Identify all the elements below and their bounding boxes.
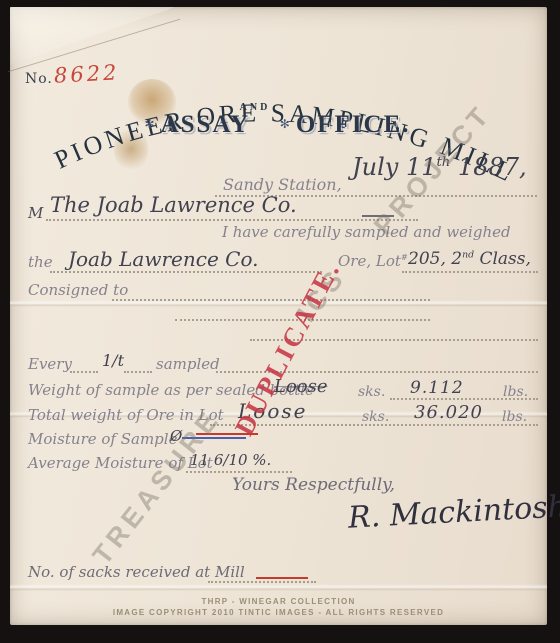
fold-crease [10, 300, 547, 307]
scanned-document-page: No. 8622 PIONEER ORE SAMPLING MILL AND ✻… [0, 0, 560, 643]
lot-value-handwritten: 205, 2nd Class, [408, 249, 531, 269]
every-label: Every [28, 355, 72, 373]
every-value-handwritten: 1/t [102, 351, 124, 370]
company-rule [50, 271, 322, 273]
lot-rule [402, 271, 538, 273]
lbs-label: lbs. [503, 384, 528, 400]
collection-credit-line: THRP - WINEGAR COLLECTION [10, 597, 547, 606]
every-rule [70, 371, 98, 373]
sks-label: sks. [362, 409, 389, 425]
closing-line: Yours Respectfully, [232, 475, 395, 495]
ore-lot-label: Ore, Lot# [338, 252, 408, 270]
floral-ornament-icon: ✻ [144, 117, 156, 131]
sacks-label: No. of sacks received at Mill [28, 563, 245, 581]
every-rule2 [124, 371, 152, 373]
consigned-label: Consigned to [28, 281, 128, 299]
office-word: OFFICE. [296, 111, 411, 138]
consigned-rule [112, 299, 430, 301]
red-ink-line [256, 577, 308, 579]
floral-ornament-icon: ✻ [280, 117, 292, 131]
total-value-handwritten: 36.020 [414, 402, 483, 423]
sampled-label: sampled [156, 355, 220, 373]
weight-value-handwritten: 9.112 [410, 378, 464, 398]
lbs-label: lbs. [502, 409, 527, 425]
corner-fold [10, 7, 175, 65]
signature: R. Mackintosh [347, 489, 560, 535]
sks-label: sks. [358, 384, 385, 400]
assay-word: ASSAY [161, 111, 250, 138]
place-label: Sandy Station, [223, 175, 342, 194]
recipient-name: The Joab Lawrence Co. [50, 193, 297, 217]
company-handwritten: Joab Lawrence Co. [68, 247, 259, 271]
moisture-label: Moisture of Sample [28, 430, 177, 448]
assay-office-title: ✻ASSAY ✻OFFICE. [105, 111, 450, 139]
serial-number-value: 8622 [53, 60, 120, 87]
the-label: the [28, 253, 53, 271]
avg-moisture-rule [186, 471, 292, 473]
assay-certificate-paper: No. 8622 PIONEER ORE SAMPLING MILL AND ✻… [10, 7, 547, 625]
intro-line: I have carefully sampled and weighed [222, 223, 511, 241]
watermark-fragment: TREASURE [87, 403, 227, 571]
serial-number-label: No. [25, 71, 53, 87]
copyright-credit-line: IMAGE COPYRIGHT 2010 TINTIC IMAGES - ALL… [10, 608, 547, 617]
recipient-prefix: M [28, 204, 43, 222]
recipient-rule [46, 219, 418, 221]
sacks-rule [208, 581, 316, 583]
fold-crease [10, 584, 547, 591]
